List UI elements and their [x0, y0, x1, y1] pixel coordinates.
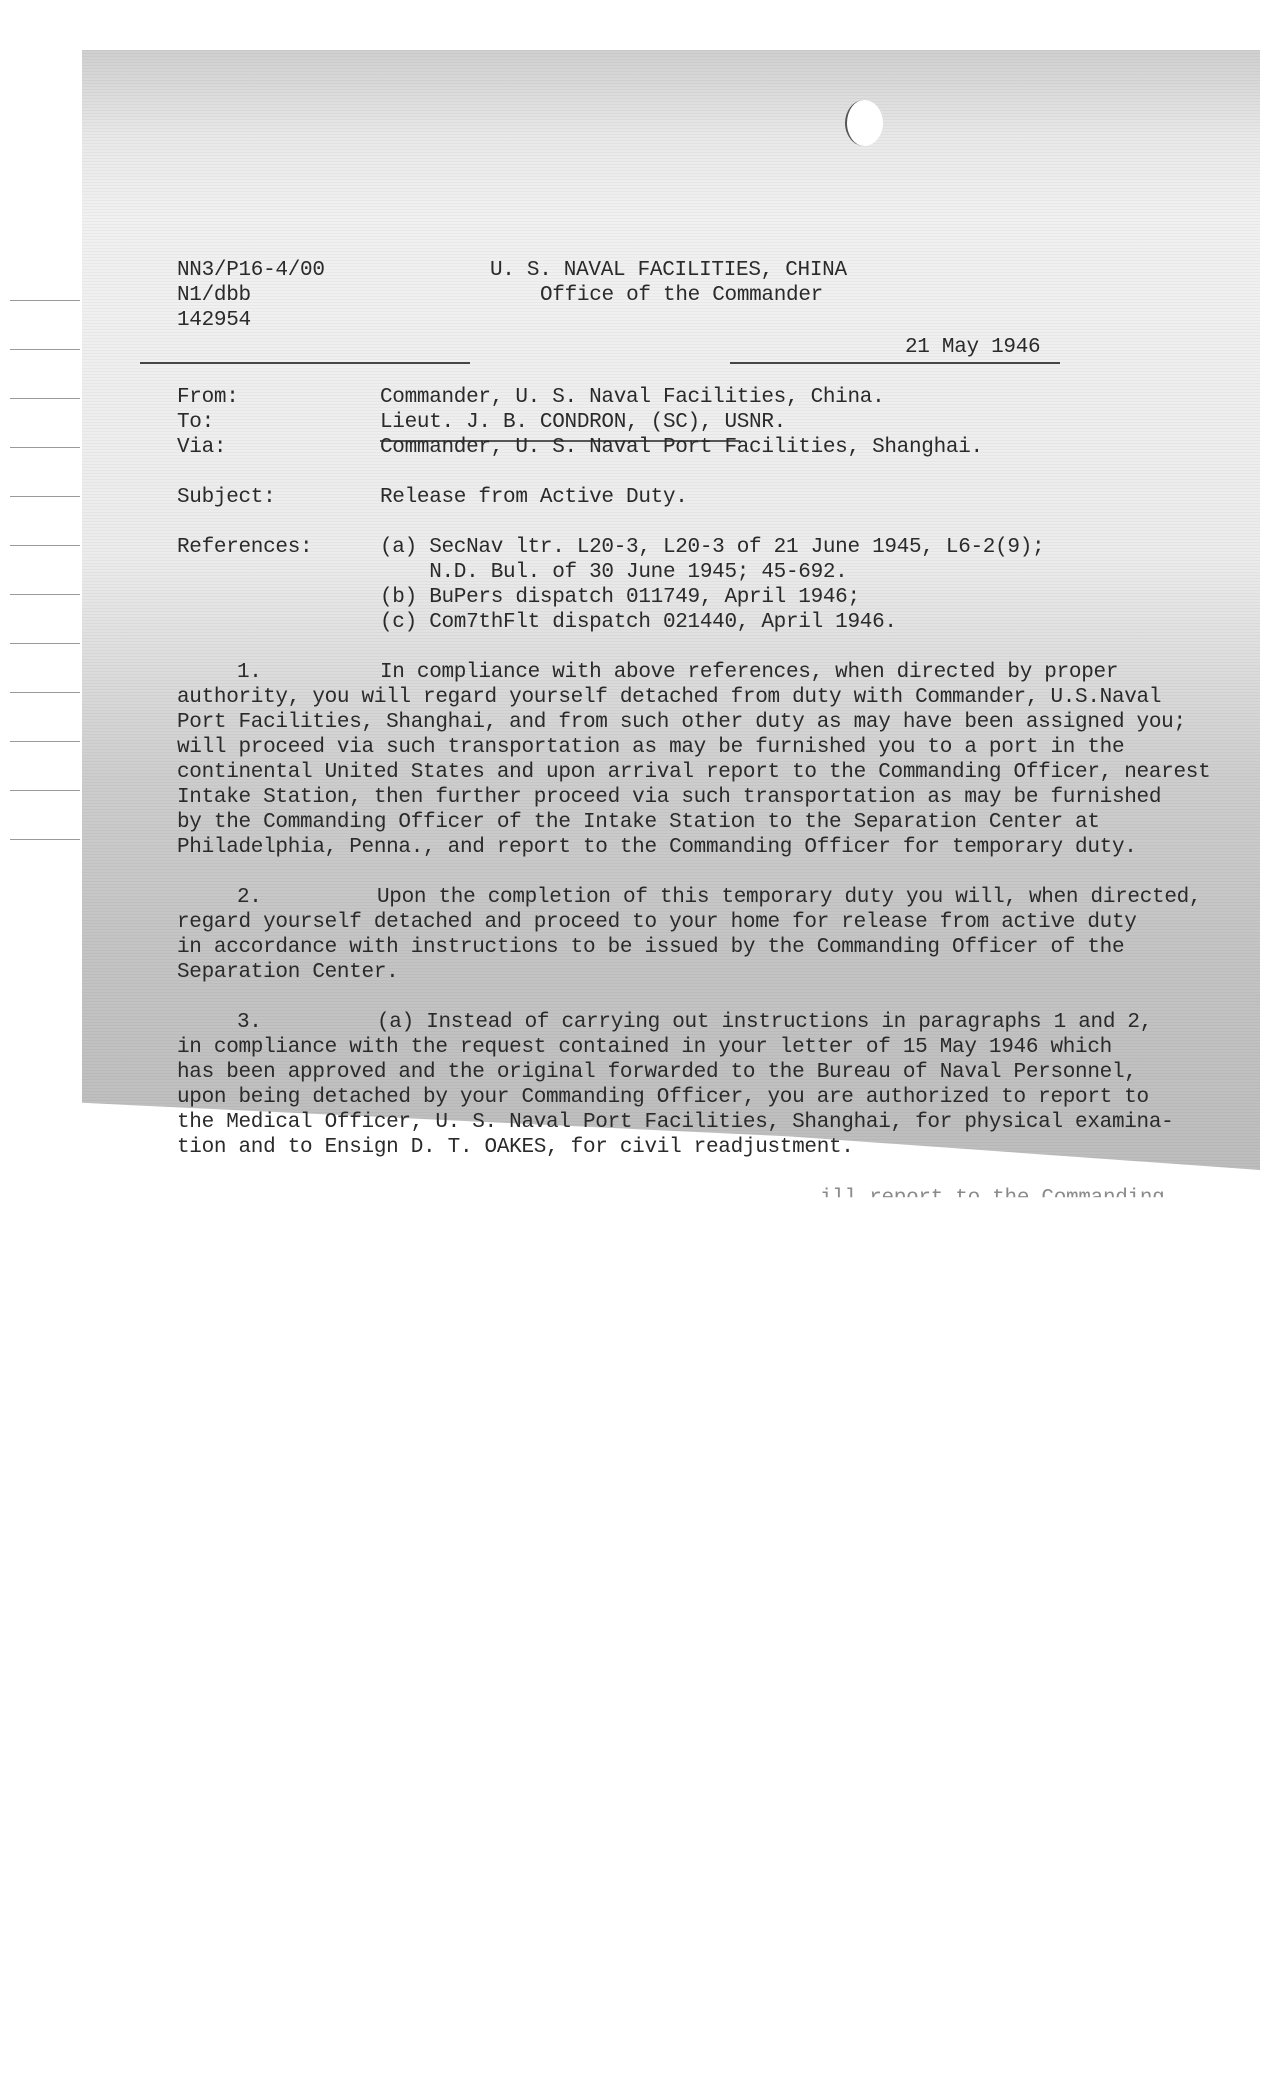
- reference-a-cont: N.D. Bul. of 30 June 1945; 45-692.: [380, 560, 847, 585]
- para3-number: 3.: [237, 1010, 262, 1035]
- para1-line: will proceed via such transportation as …: [177, 735, 1124, 760]
- para1-line: Port Facilities, Shanghai, and from such…: [177, 710, 1186, 735]
- para3-line: tion and to Ensign D. T. OAKES, for civi…: [177, 1135, 854, 1160]
- org-name: U. S. NAVAL FACILITIES, CHINA: [490, 258, 847, 283]
- para1-line: Philadelphia, Penna., and report to the …: [177, 835, 1137, 860]
- memo-date: 21 May 1946: [905, 335, 1040, 360]
- margin-ruling: [10, 300, 80, 888]
- file-code-3: 142954: [177, 308, 251, 333]
- para2-line: Separation Center.: [177, 960, 398, 985]
- para2-line: regard yourself detached and proceed to …: [177, 910, 1137, 935]
- reference-a: (a) SecNav ltr. L20-3, L20-3 of 21 June …: [380, 535, 1044, 560]
- to-label: To:: [177, 410, 214, 435]
- para1-line: Intake Station, then further proceed via…: [177, 785, 1161, 810]
- para1-line: authority, you will regard yourself deta…: [177, 685, 1161, 710]
- para1-line: continental United States and upon arriv…: [177, 760, 1210, 785]
- to-value: Lieut. J. B. CONDRON, (SC), USNR.: [380, 410, 786, 435]
- references-label: References:: [177, 535, 312, 560]
- para3-line: in compliance with the request contained…: [177, 1035, 1112, 1060]
- reference-c: (c) Com7thFlt dispatch 021440, April 194…: [380, 610, 897, 635]
- para3-line: has been approved and the original forwa…: [177, 1060, 1137, 1085]
- para3-line: the Medical Officer, U. S. Naval Port Fa…: [177, 1110, 1173, 1135]
- para1-line: In compliance with above references, whe…: [380, 660, 1118, 685]
- subject-value: Release from Active Duty.: [380, 485, 688, 510]
- reference-b: (b) BuPers dispatch 011749, April 1946;: [380, 585, 860, 610]
- para3-line: (a) Instead of carrying out instructions…: [377, 1010, 1152, 1035]
- para3-line: upon being detached by your Commanding O…: [177, 1085, 1149, 1110]
- via-label: Via:: [177, 435, 226, 460]
- org-office: Office of the Commander: [540, 283, 823, 308]
- punch-hole: [845, 100, 883, 146]
- file-code-1: NN3/P16-4/00: [177, 258, 325, 283]
- para2-number: 2.: [237, 885, 262, 910]
- from-value: Commander, U. S. Naval Facilities, China…: [380, 385, 884, 410]
- file-code-2: N1/dbb: [177, 283, 251, 308]
- para1-line: by the Commanding Officer of the Intake …: [177, 810, 1100, 835]
- para2-line: Upon the completion of this temporary du…: [377, 885, 1201, 910]
- cut-off-text: ill report to the Commanding: [820, 1186, 1164, 1211]
- via-value: Commander, U. S. Naval Port Facilities, …: [380, 435, 983, 460]
- header-rule-left: [140, 362, 470, 364]
- para2-line: in accordance with instructions to be is…: [177, 935, 1124, 960]
- header-rule-right: [730, 362, 1060, 364]
- from-label: From:: [177, 385, 239, 410]
- para1-number: 1.: [237, 660, 262, 685]
- subject-label: Subject:: [177, 485, 275, 510]
